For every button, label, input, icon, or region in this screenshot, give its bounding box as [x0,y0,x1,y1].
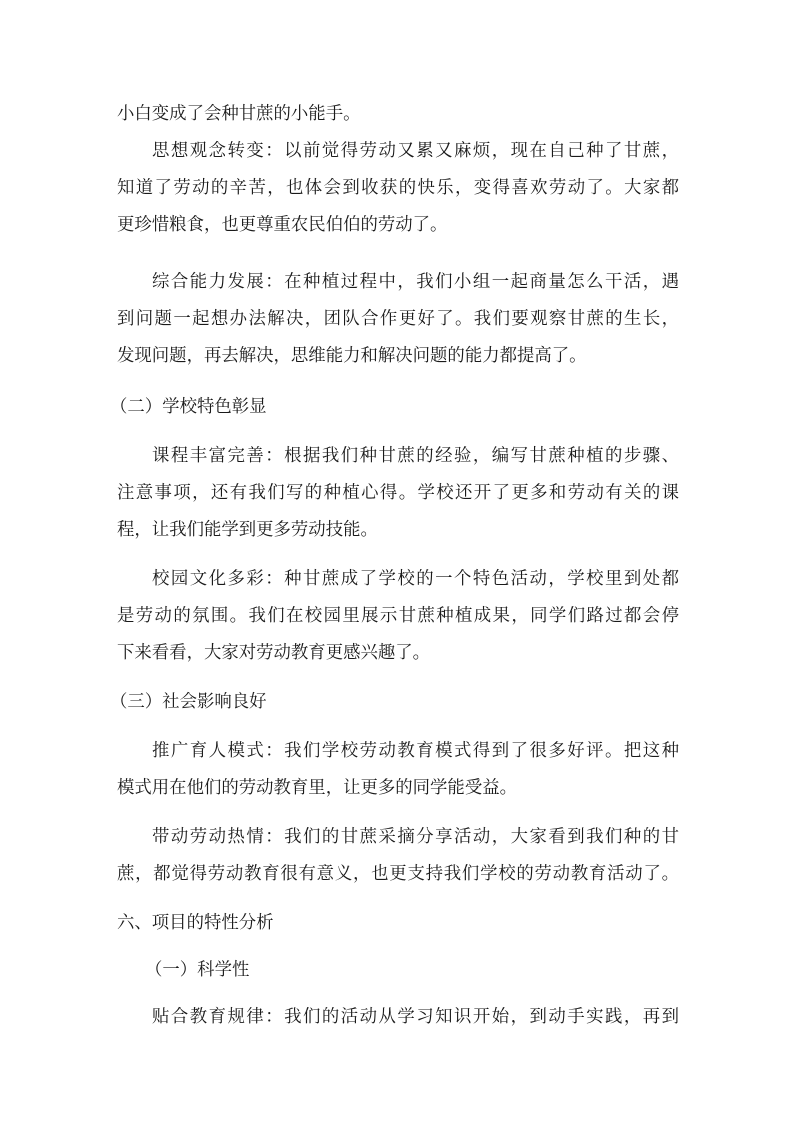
subsection-heading-scientific: （一）科学性 [145,958,707,982]
paragraph-line: 模式用在他们的劳动教育里，让更多的同学能受益。 [117,776,679,800]
paragraph-promote-model: 推广育人模式：我们学校劳动教育模式得到了很多好评。把这种 [152,739,679,763]
paragraph-line: 知道了劳动的辛苦，也体会到收获的快乐，变得喜欢劳动了。大家都 [117,176,679,200]
paragraph-line: 是劳动的氛围。我们在校园里展示甘蔗种植成果，同学们路过都会停 [117,604,679,628]
paragraph-mindset-change: 思想观念转变：以前觉得劳动又累又麻烦，现在自己种了甘蔗， [152,139,679,163]
document-page: 小白变成了会种甘蔗的小能手。 思想观念转变：以前觉得劳动又累又麻烦，现在自己种了… [0,0,793,1122]
paragraph-line: 注意事项，还有我们写的种植心得。学校还开了更多和劳动有关的课 [117,481,679,505]
paragraph-line: 到问题一起想办法解决，团队合作更好了。我们要观察甘蔗的生长， [117,307,679,331]
paragraph-campus-culture: 校园文化多彩：种甘蔗成了学校的一个特色活动，学校里到处都 [152,567,679,591]
section-heading-social-impact: （三）社会影响良好 [110,690,672,714]
paragraph-labor-enthusiasm: 带动劳动热情：我们的甘蔗采摘分享活动，大家看到我们种的甘 [152,825,679,849]
paragraph-line: 发现问题，再去解决，思维能力和解决问题的能力都提高了。 [117,344,679,368]
paragraph-education-rules: 贴合教育规律：我们的活动从学习知识开始，到动手实践，再到 [152,1005,679,1029]
section-heading-project-characteristics: 六、项目的特性分析 [117,911,679,935]
section-heading-school-features: （二）学校特色彰显 [110,395,672,419]
paragraph-ability-development: 综合能力发展：在种植过程中，我们小组一起商量怎么干活，遇 [152,270,679,294]
paragraph-curriculum: 课程丰富完善：根据我们种甘蔗的经验，编写甘蔗种植的步骤、 [152,444,679,468]
paragraph-line: 更珍惜粮食，也更尊重农民伯伯的劳动了。 [117,213,679,237]
paragraph-line: 蔗，都觉得劳动教育很有意义，也更支持我们学校的劳动教育活动了。 [117,862,679,886]
paragraph-line: 程，让我们能学到更多劳动技能。 [117,518,679,542]
paragraph-line: 下来看看，大家对劳动教育更感兴趣了。 [117,641,679,665]
paragraph-line: 小白变成了会种甘蔗的小能手。 [117,102,679,126]
